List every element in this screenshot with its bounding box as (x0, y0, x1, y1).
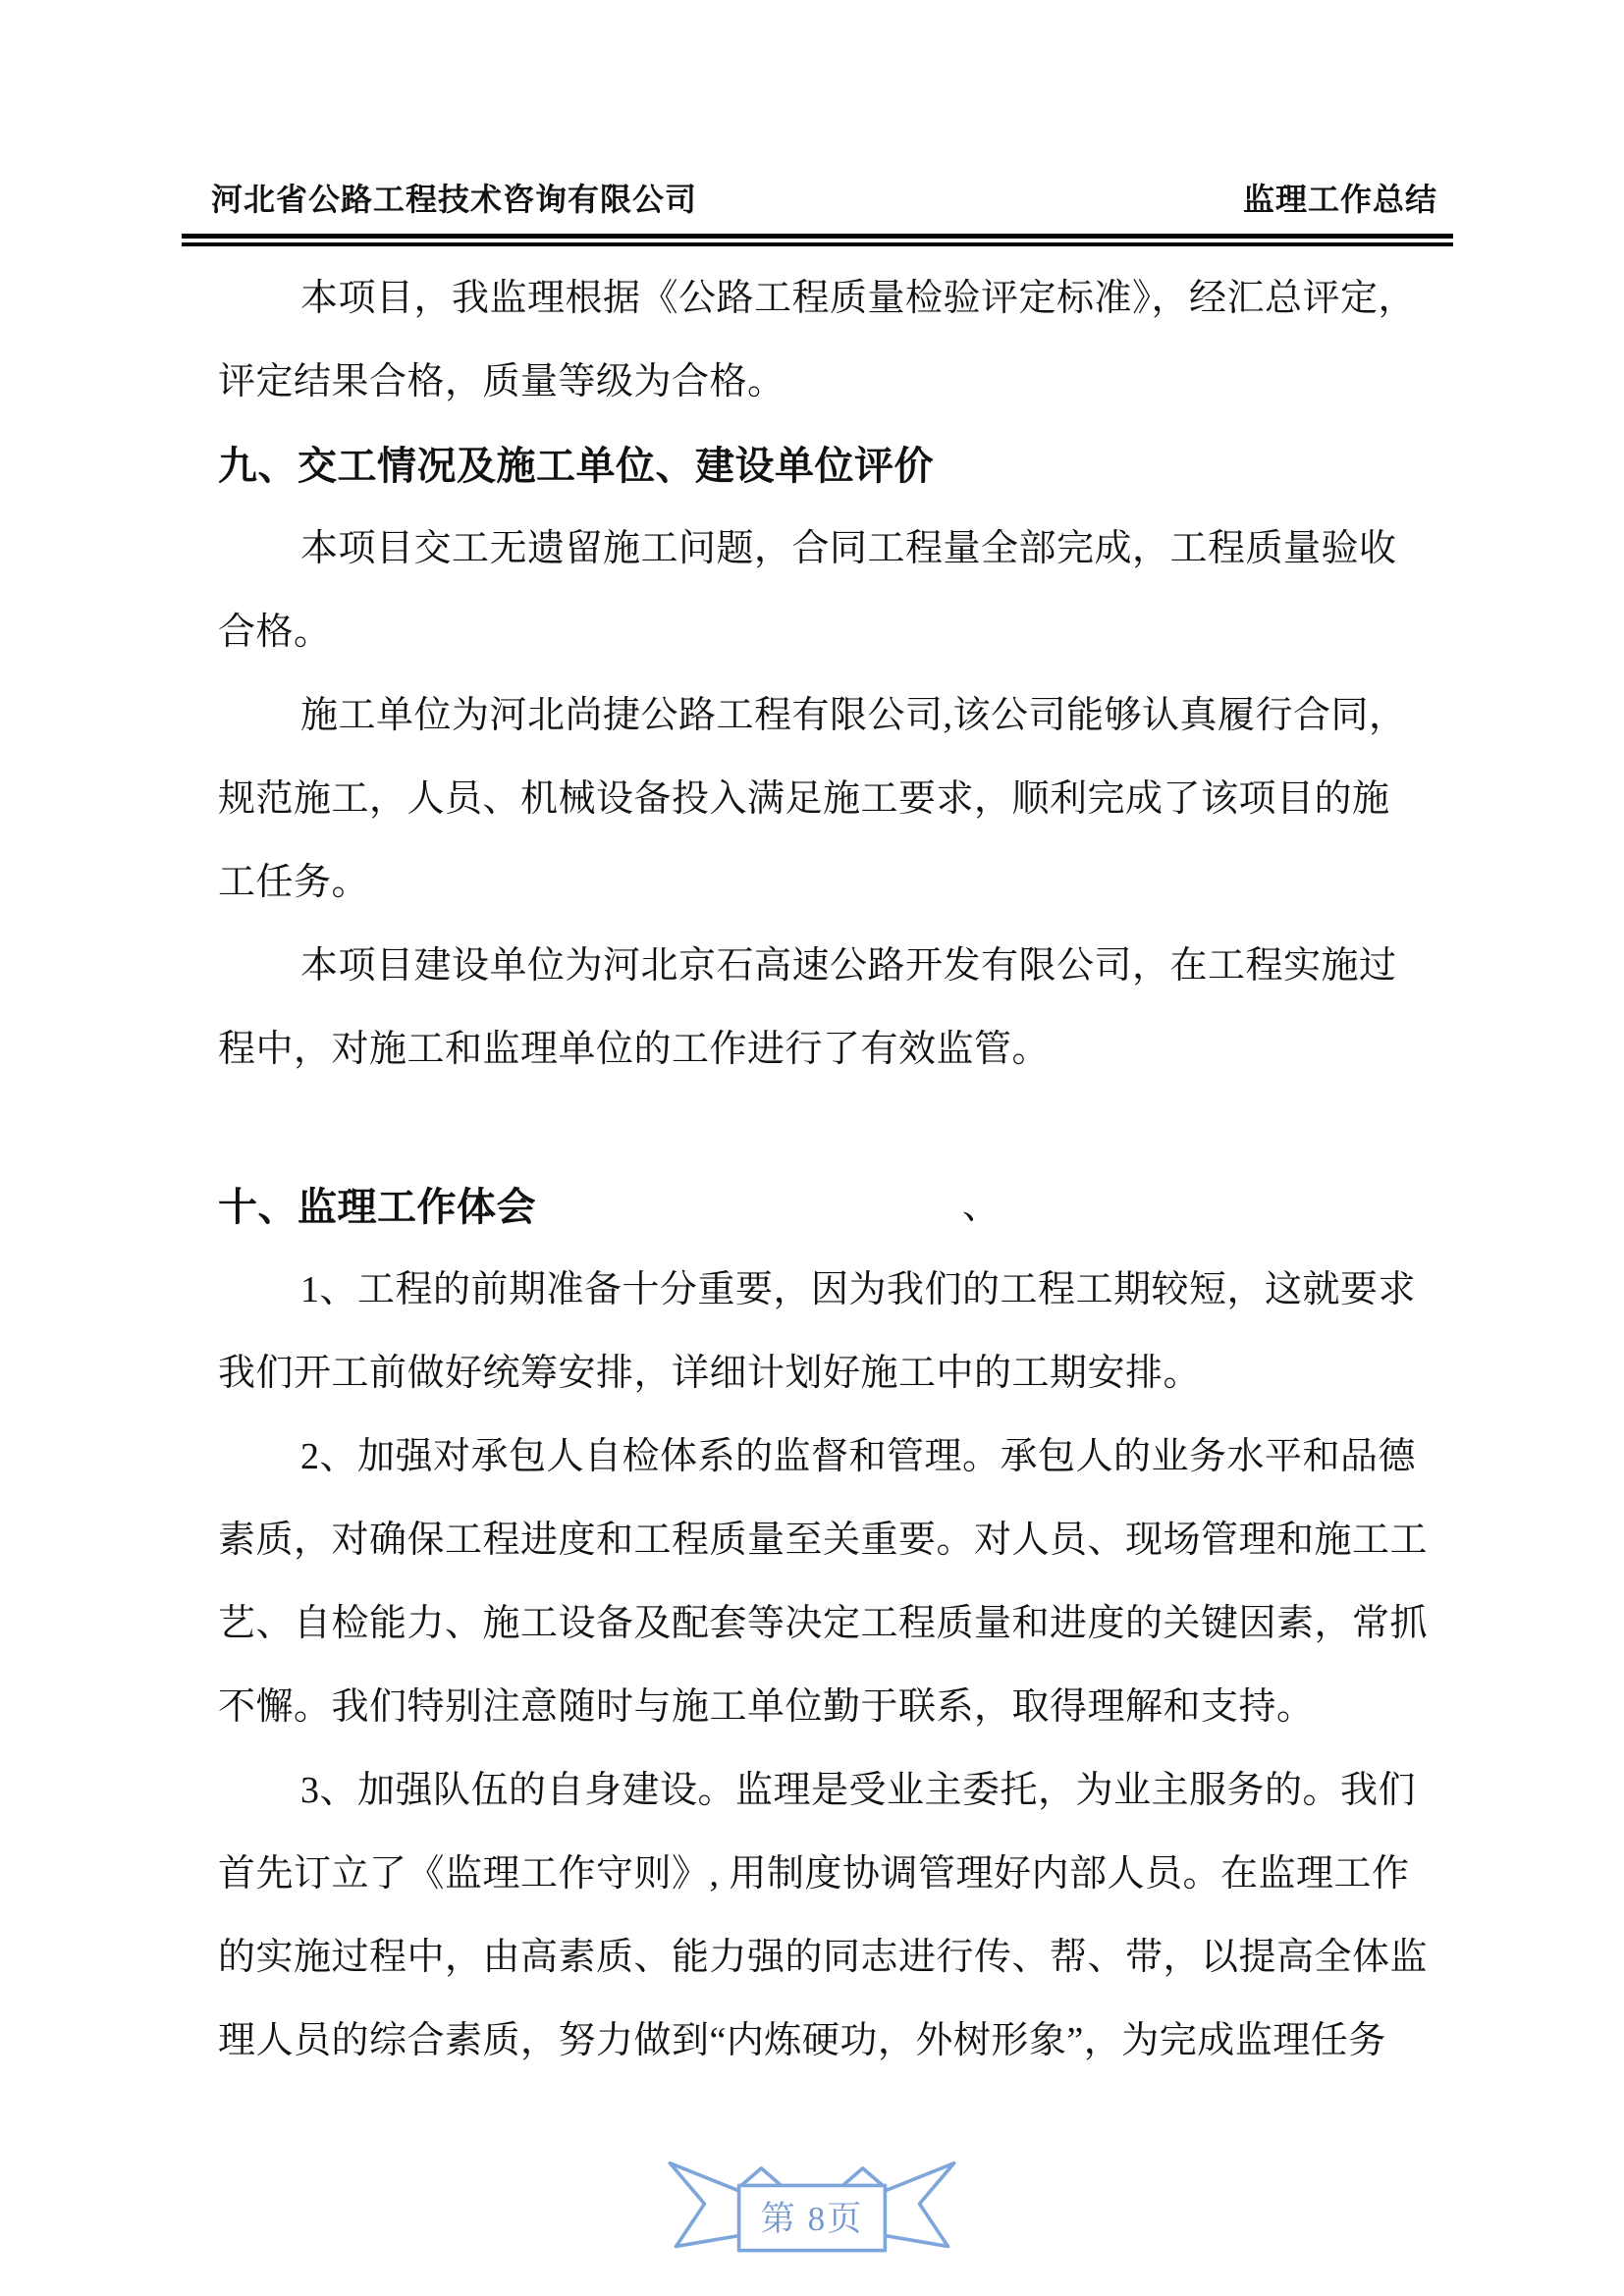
line-text: 素质，对确保工程进度和工程质量至关重要。对人员、现场管理和施工工 (218, 1520, 1428, 1561)
line-text: 首先订立了《监理工作守则》, 用制度协调管理好内部人员。在监理工作 (218, 1853, 1410, 1895)
text-line: 艺、自检能力、施工设备及配套等决定工程质量和进度的关键因素，常抓 (218, 1582, 1435, 1666)
line-text: 本项目，我监理根据《公路工程质量检验评定标准》，经汇总评定， (300, 278, 1416, 319)
text-line: 1、工程的前期准备十分重要，因为我们的工程工期较短，这就要求 (218, 1249, 1435, 1332)
line-text: 九、交工情况及施工单位、建设单位评价 (218, 444, 934, 488)
text-line: 3、加强队伍的自身建设。监理是受业主委托，为业主服务的。我们 (218, 1749, 1435, 1833)
line-text: 程中，对施工和监理单位的工作进行了有效监管。 (218, 1029, 1050, 1070)
text-line: 本项目建设单位为河北京石高速公路开发有限公司，在工程实施过 (218, 925, 1435, 1008)
line-text: 施工单位为河北尚捷公路工程有限公司,该公司能够认真履行合同， (300, 695, 1407, 736)
line-text: 评定结果合格，质量等级为合格。 (218, 361, 785, 402)
text-line: 2、加强对承包人自检体系的监督和管理。承包人的业务水平和品德 (218, 1415, 1435, 1499)
text-line: 工任务。 (218, 841, 1435, 925)
line-text: 工任务。 (218, 862, 369, 903)
line-text: 理人员的综合素质，努力做到“内炼硬功，外树形象”，为完成监理任务 (218, 2020, 1386, 2061)
line-text: 1、工程的前期准备十分重要，因为我们的工程工期较短，这就要求 (300, 1269, 1416, 1310)
header-doc-title: 监理工作总结 (1243, 175, 1437, 220)
line-text: 我们开工前做好统筹安排，详细计划好施工中的工期安排。 (218, 1353, 1201, 1394)
text-line: 本项目交工无遗留施工问题，合同工程量全部完成，工程质量验收 (218, 507, 1435, 591)
line-text: 本项目交工无遗留施工问题，合同工程量全部完成，工程质量验收 (300, 528, 1397, 569)
line-text: 不懈。我们特别注意随时与施工单位勤于联系，取得理解和支持。 (218, 1686, 1315, 1728)
line-text: 2、加强对承包人自检体系的监督和管理。承包人的业务水平和品德 (300, 1436, 1416, 1477)
document-page: 河北省公路工程技术咨询有限公司 监理工作总结 本项目，我监理根据《公路工程质量检… (0, 0, 1624, 2296)
text-line: 本项目，我监理根据《公路工程质量检验评定标准》，经汇总评定， (218, 257, 1435, 341)
header-divider-rule (182, 234, 1453, 246)
stray-punctuation: 、 (962, 1165, 1001, 1249)
text-line: 规范施工，人员、机械设备投入满足施工要求，顺利完成了该项目的施 (218, 758, 1435, 841)
text-line: 首先订立了《监理工作守则》, 用制度协调管理好内部人员。在监理工作 (218, 1833, 1435, 1916)
text-line: 评定结果合格，质量等级为合格。 (218, 341, 1435, 424)
text-line: 理人员的综合素质，努力做到“内炼硬功，外树形象”，为完成监理任务 (218, 2000, 1435, 2083)
line-text: 的实施过程中，由高素质、能力强的同志进行传、帮、带，以提高全体监 (218, 1937, 1428, 1978)
section-heading: 十、监理工作体会、 (218, 1165, 1435, 1249)
page-header: 河北省公路工程技术咨询有限公司 监理工作总结 (211, 175, 1437, 220)
line-text: 规范施工，人员、机械设备投入满足施工要求，顺利完成了该项目的施 (218, 778, 1390, 820)
line-text: 合格。 (218, 612, 332, 653)
text-line: 素质，对确保工程进度和工程质量至关重要。对人员、现场管理和施工工 (218, 1499, 1435, 1582)
header-company-name: 河北省公路工程技术咨询有限公司 (211, 175, 697, 220)
line-text: 本项目建设单位为河北京石高速公路开发有限公司，在工程实施过 (300, 945, 1397, 987)
document-body: 本项目，我监理根据《公路工程质量检验评定标准》，经汇总评定，评定结果合格，质量等… (218, 257, 1435, 2083)
page-number-label: 第 8页 (761, 2200, 864, 2238)
page-number-banner: 第 8页 (660, 2138, 964, 2266)
text-line: 我们开工前做好统筹安排，详细计划好施工中的工期安排。 (218, 1332, 1435, 1415)
text-line: 合格。 (218, 591, 1435, 674)
ribbon-banner-icon: 第 8页 (660, 2138, 964, 2266)
text-line: 的实施过程中，由高素质、能力强的同志进行传、帮、带，以提高全体监 (218, 1916, 1435, 2000)
line-text: 3、加强队伍的自身建设。监理是受业主委托，为业主服务的。我们 (300, 1770, 1416, 1811)
text-line: 程中，对施工和监理单位的工作进行了有效监管。 (218, 1008, 1435, 1092)
text-line: 不懈。我们特别注意随时与施工单位勤于联系，取得理解和支持。 (218, 1666, 1435, 1749)
line-text: 十、监理工作体会 (218, 1185, 536, 1229)
line-text: 艺、自检能力、施工设备及配套等决定工程质量和进度的关键因素，常抓 (218, 1603, 1428, 1644)
text-line: 施工单位为河北尚捷公路工程有限公司,该公司能够认真履行合同， (218, 674, 1435, 758)
section-heading: 九、交工情况及施工单位、建设单位评价 (218, 424, 1435, 507)
